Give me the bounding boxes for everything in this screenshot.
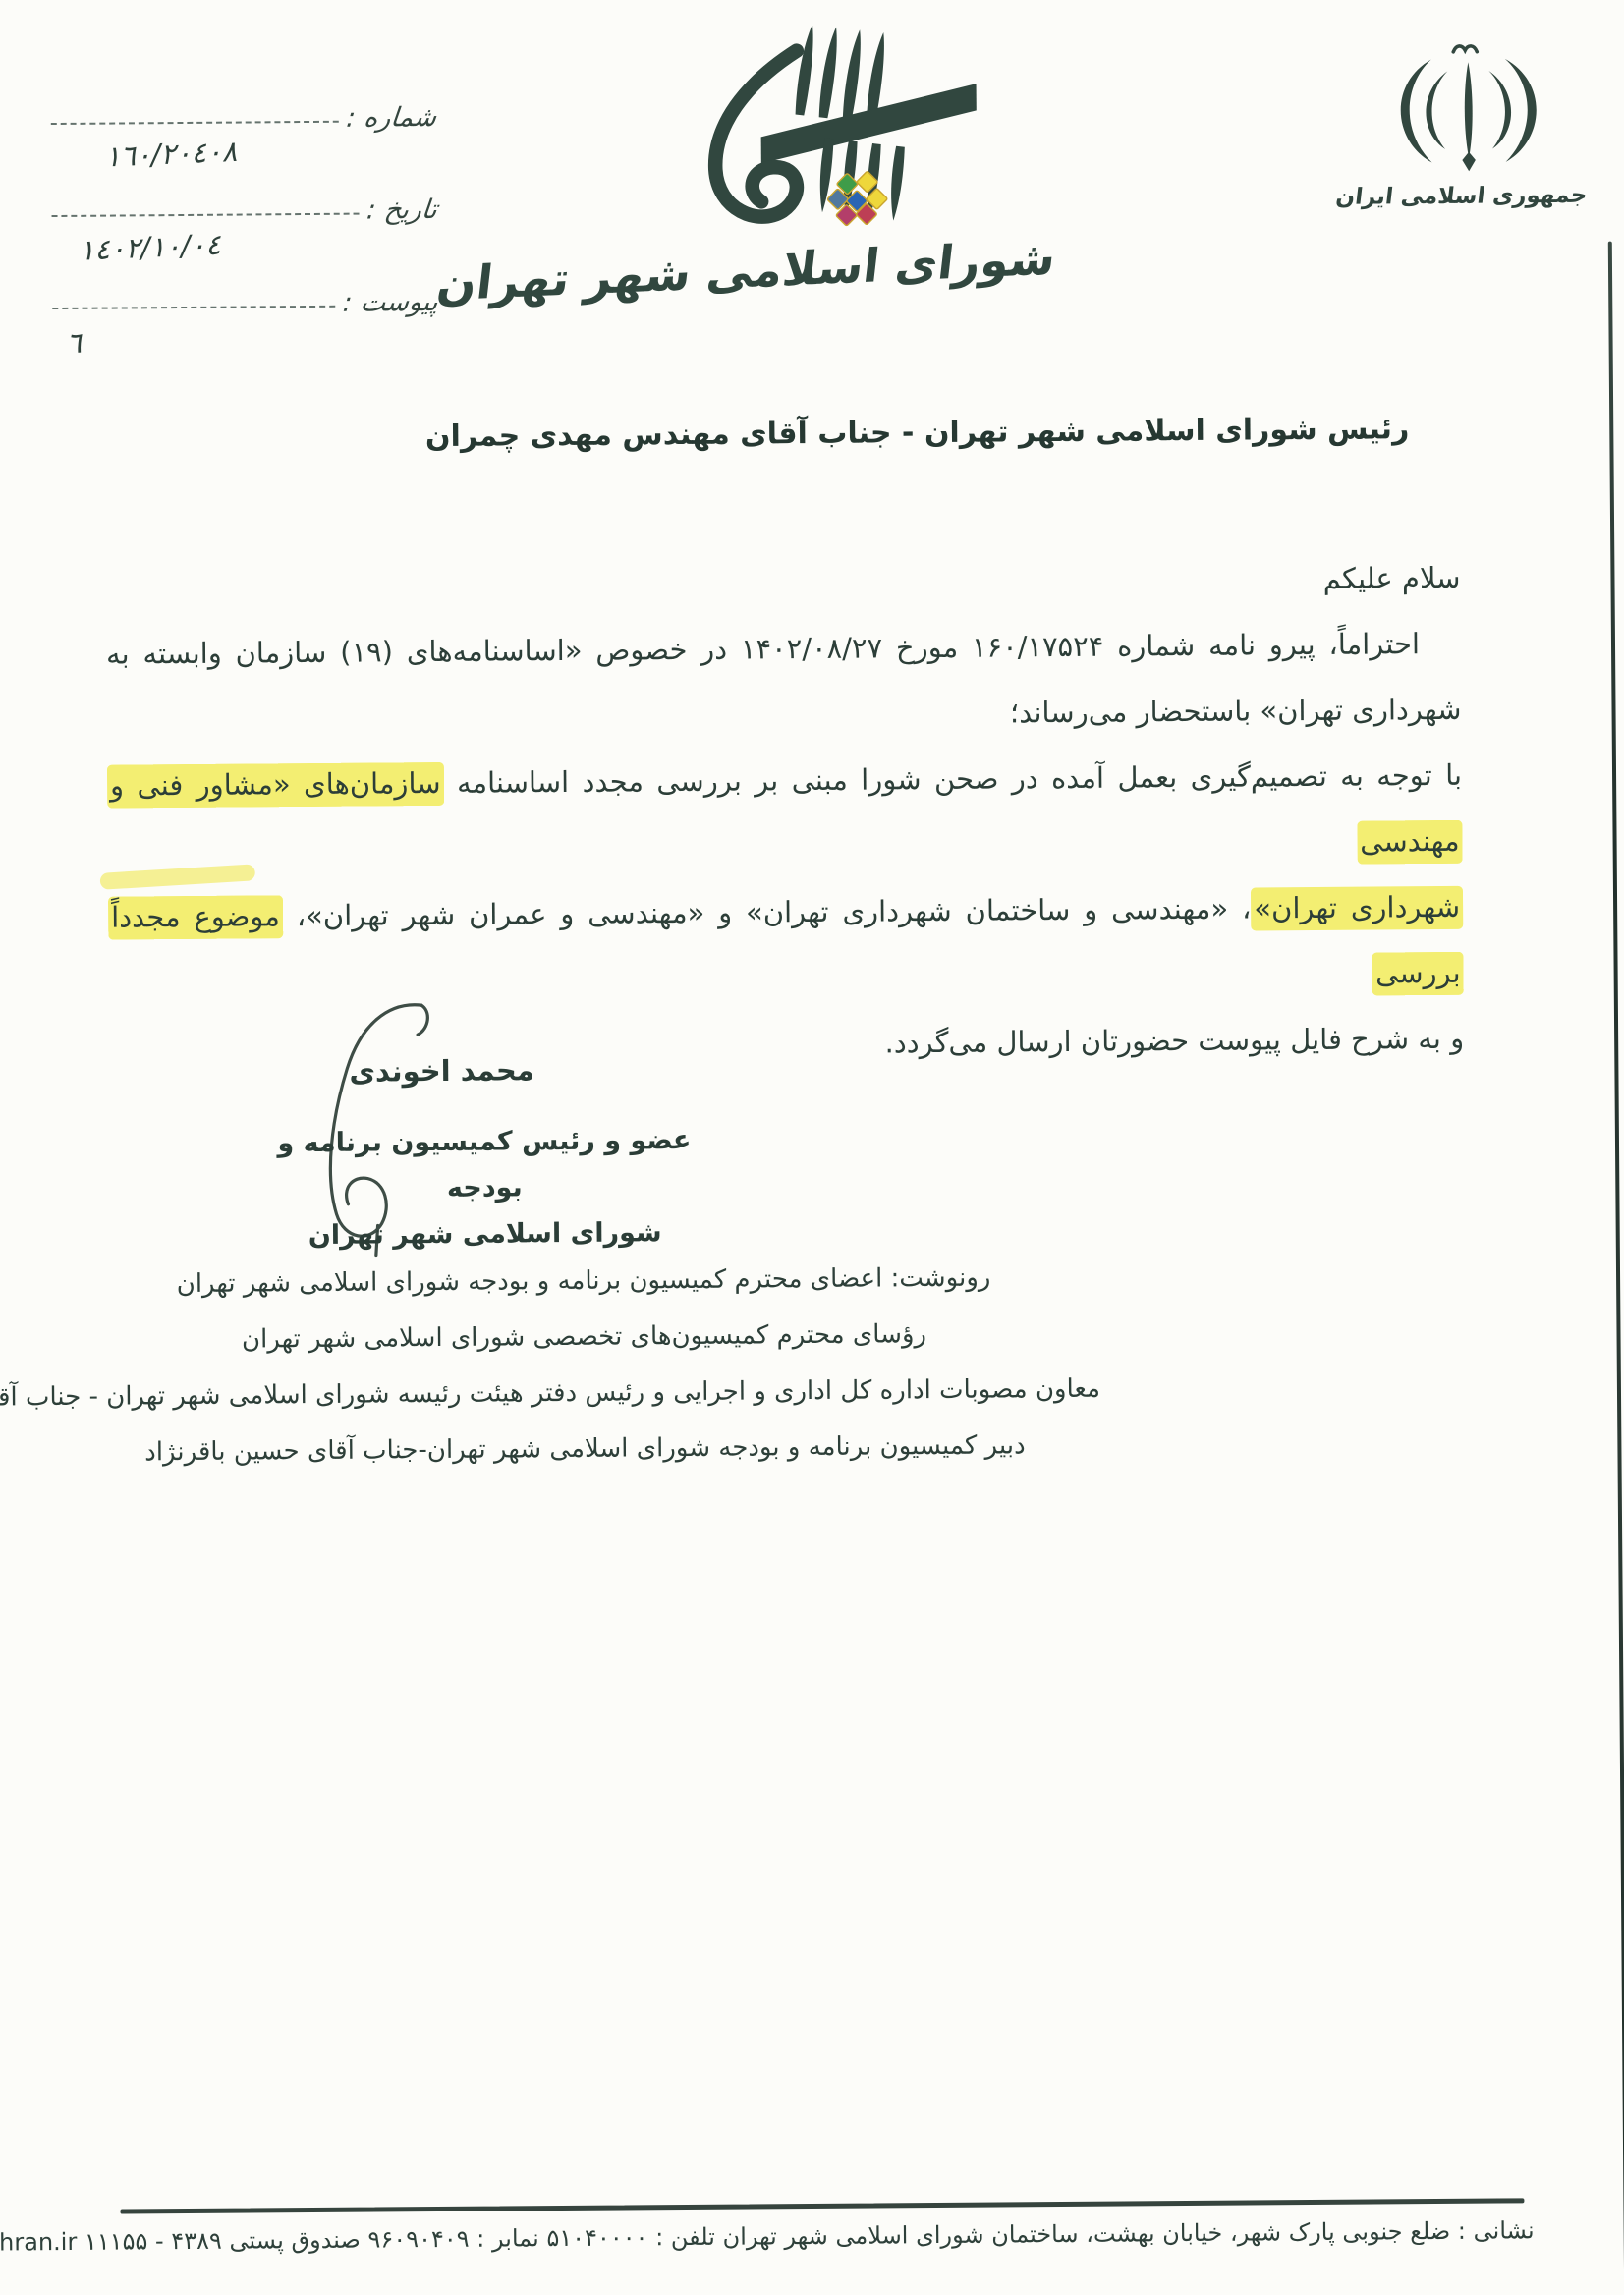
iran-emblem-icon (1379, 39, 1557, 176)
logo-diamonds (827, 171, 888, 226)
signer-title-line1: عضو و رئیس کمیسیون برنامه و بودجه (263, 1117, 706, 1213)
cc-line: معاون مصوبات اداره کل اداری و اجرایی و ر… (69, 1362, 1100, 1426)
reference-block: شماره : ١٦٠/٢٠٤٠٨ تاریخ : ١٤٠٢/١٠/٠٤ پیو… (51, 87, 438, 367)
council-logo: شورای اسلامی شهر تهران (579, 24, 1054, 298)
signer-title-line2: شورای اسلامی شهر تهران (264, 1209, 706, 1259)
dashed-line (52, 306, 335, 309)
signature-block: محمد اخوندی عضو و رئیس کمیسیون برنامه و … (223, 990, 756, 1269)
cc-line: رؤسای محترم کمیسیون‌های تخصصی شورای اسلا… (68, 1306, 1099, 1370)
council-logo-wordmark: شورای اسلامی شهر تهران (577, 232, 1059, 307)
cc-block: رونوشت: اعضای محترم کمیسیون برنامه و بود… (68, 1250, 1101, 1482)
addressee-line: رئیس شورای اسلامی شهر تهران - جناب آقای … (425, 412, 1410, 454)
scan-edge-artifact (1608, 242, 1624, 2293)
ref-attachment-value: ٦ (52, 310, 439, 374)
footer-divider (120, 2198, 1524, 2213)
paragraph2-line1: با توجه به تصمیم‌گیری بعمل آمده در صحن ش… (107, 743, 1463, 885)
signer-name: محمد اخوندی (349, 1053, 534, 1088)
iran-emblem: جمهوری اسلامی ایران (1350, 39, 1587, 210)
scanned-letter-page: شماره : ١٦٠/٢٠٤٠٨ تاریخ : ١٤٠٢/١٠/٠٤ پیو… (0, 0, 1624, 2295)
cc-line: رونوشت: اعضای محترم کمیسیون برنامه و بود… (68, 1250, 1099, 1314)
emblem-caption: جمهوری اسلامی ایران (1350, 183, 1589, 210)
paragraph1-line1: احتراماً، پیرو نامه شماره ۱۶۰/۱۷۵۲۴ مورخ… (106, 611, 1461, 688)
scan-tilt-layer: شماره : ١٦٠/٢٠٤٠٨ تاریخ : ١٤٠٢/١٠/٠٤ پیو… (0, 0, 1624, 2295)
paragraph1-line2: شهرداری تهران» باستحضار می‌رساند؛ (106, 677, 1461, 754)
p2l1-text: با توجه به تصمیم‌گیری بعمل آمده در صحن ش… (443, 758, 1462, 800)
council-logo-icon (653, 25, 980, 246)
signer-title: عضو و رئیس کمیسیون برنامه و بودجه شورای … (263, 1117, 706, 1259)
p2l2-text: ، «مهندسی و ساختمان شهرداری تهران» و «مه… (283, 891, 1252, 932)
dashed-line (51, 121, 339, 125)
footer-address: نشانی : ضلع جنوبی پارک شهر، خیابان بهشت،… (95, 2216, 1535, 2256)
cc-line: دبیر کمیسیون برنامه و بودجه شورای اسلامی… (69, 1418, 1100, 1482)
highlighted-text: شهرداری تهران» (1251, 886, 1463, 931)
dashed-line (52, 213, 360, 217)
greeting: سلام علیکم (105, 545, 1460, 622)
